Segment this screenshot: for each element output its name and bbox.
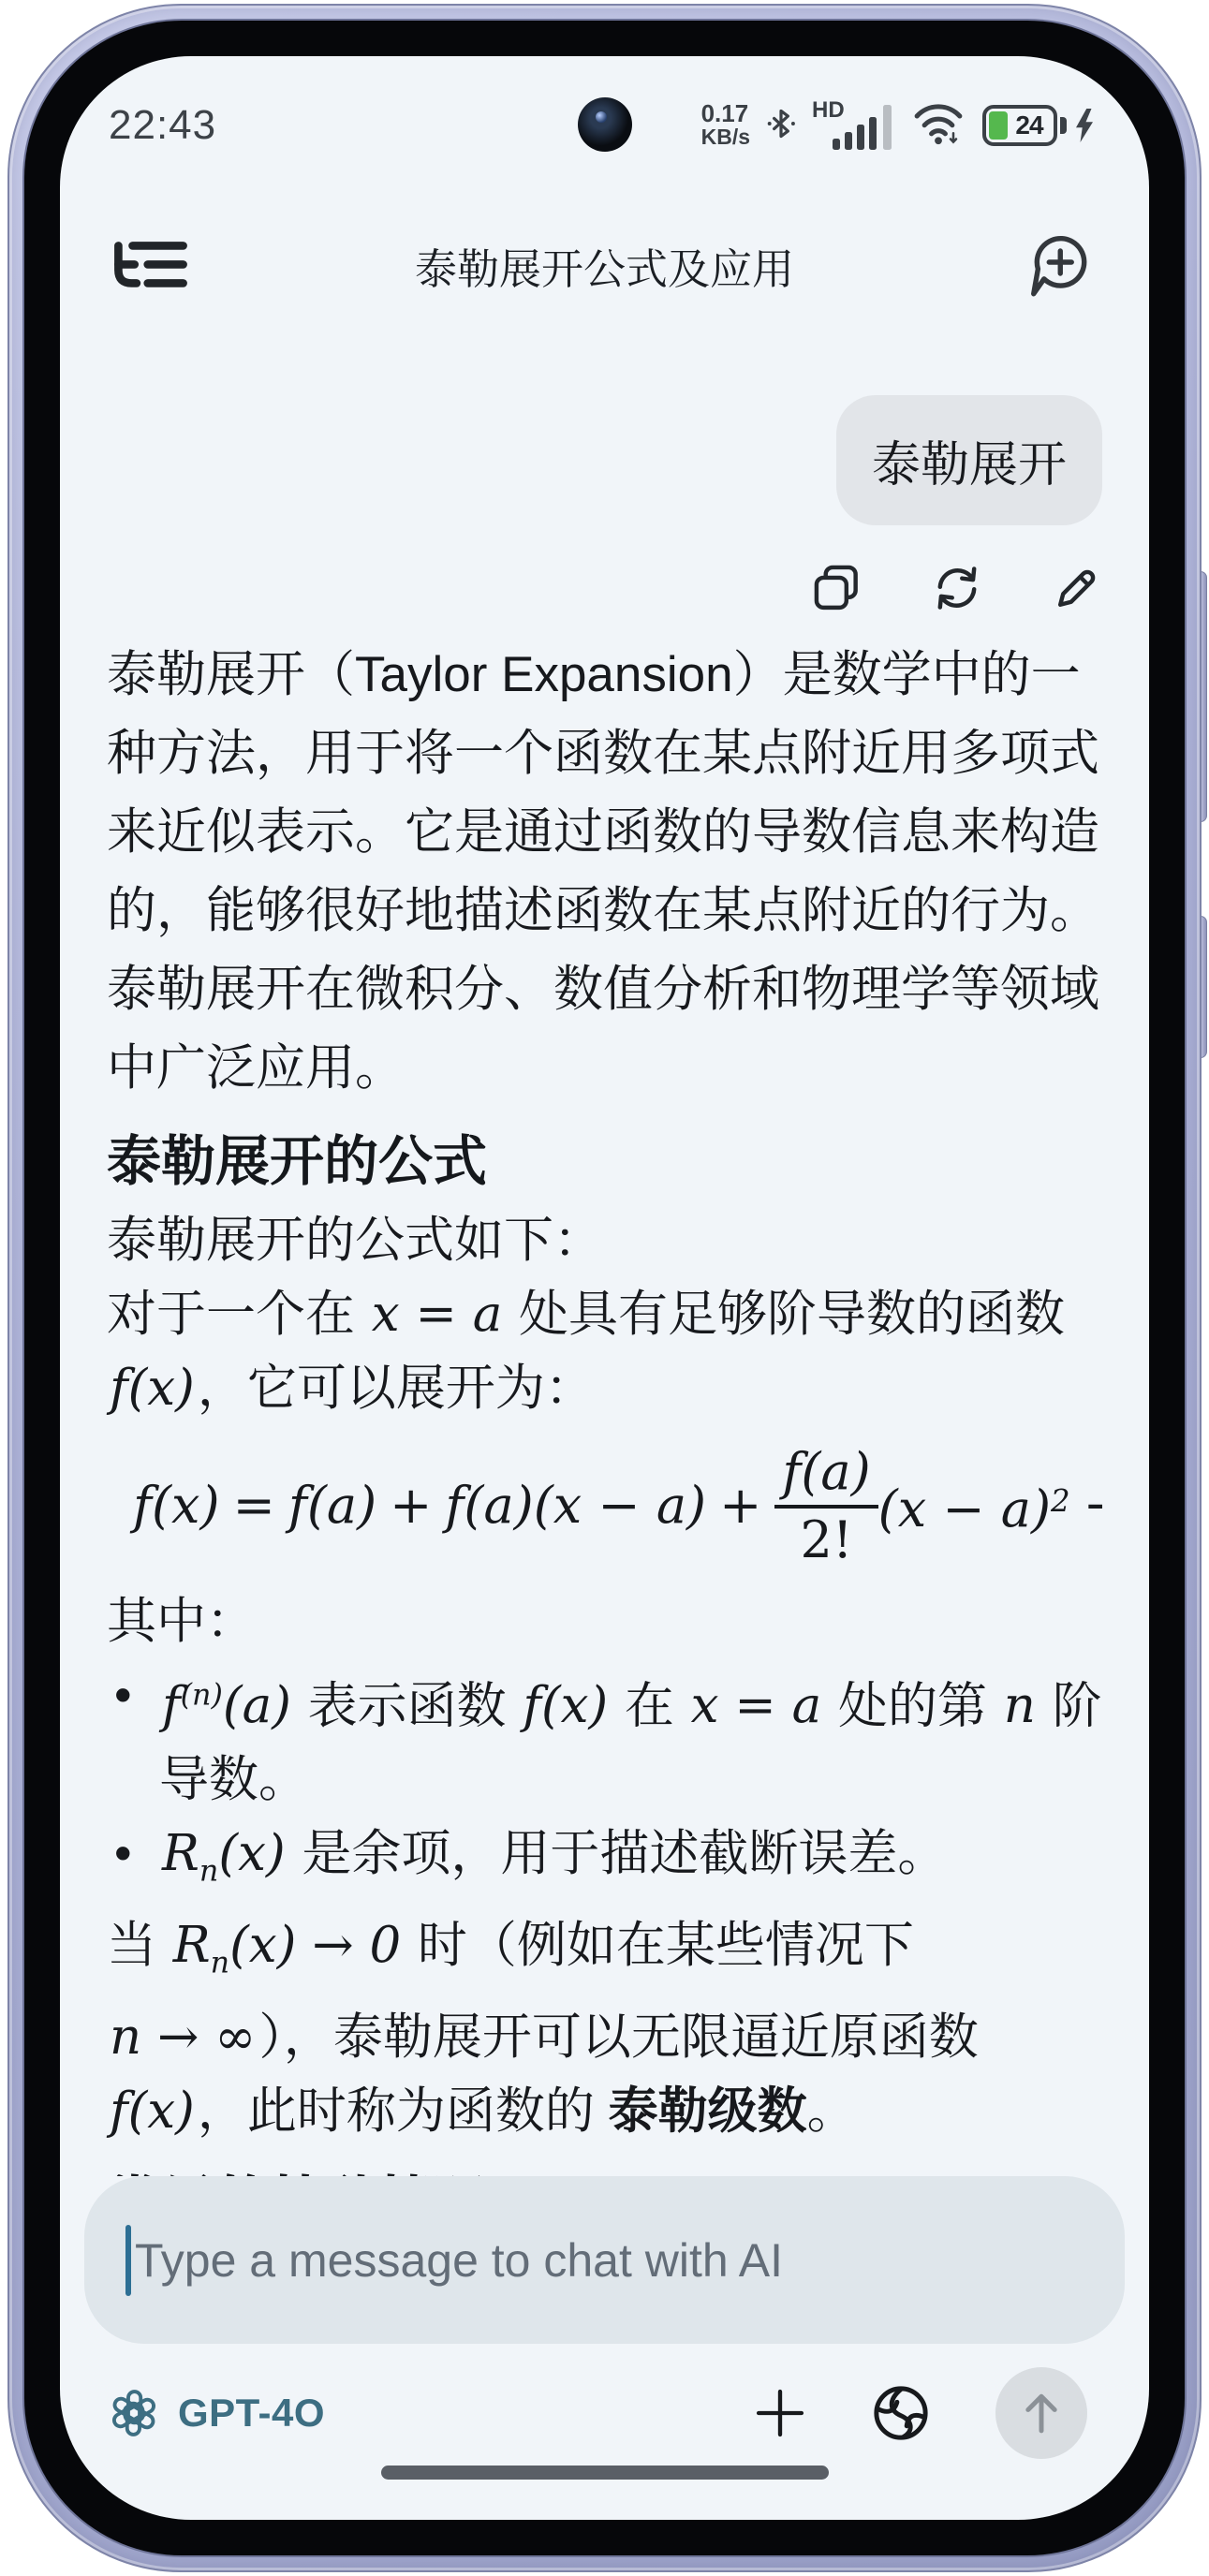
phone-mockup: 22:43 0.17 KB/s xyxy=(0,0,1209,2576)
ai-message: 泰勒展开（Taylor Expansion）是数学中的一种方法，用于将一个函数在… xyxy=(107,613,1102,2176)
new-chat-button[interactable] xyxy=(1020,232,1097,298)
user-message-bubble: 泰勒展开 xyxy=(836,395,1102,525)
math-fx: f(x) xyxy=(107,1360,198,1417)
arrow-up-icon xyxy=(1017,2389,1066,2437)
camera-punch-hole xyxy=(578,97,632,152)
list-item: f(n)(a) 表示函数 f(x) 在 x = a 处的第 n 阶导数。 xyxy=(107,1658,1102,1818)
battery-level xyxy=(989,111,1008,140)
plus-icon xyxy=(754,2387,806,2439)
clock: 22:43 xyxy=(109,102,216,149)
model-name: GPT-4O xyxy=(178,2391,325,2436)
taylor-formula: f(x) = f(a) + f(a)(x − a) + f(a) 2! (x −… xyxy=(107,1438,1102,1573)
fraction-second-order: f(a) 2! xyxy=(774,1444,877,1568)
screen: 22:43 0.17 KB/s xyxy=(60,56,1149,2520)
battery-indicator: 24 xyxy=(982,105,1097,146)
math-x-equals-a: x = a xyxy=(369,1286,506,1343)
signal-bars-icon: HD xyxy=(812,99,894,152)
copy-button[interactable] xyxy=(812,563,863,613)
conversation-list-button[interactable] xyxy=(112,232,189,298)
bluetooth-icon xyxy=(766,102,796,150)
bottom-bar: GPT-4O xyxy=(60,2361,1149,2466)
math-remainder: Rn(x) xyxy=(159,1825,288,1882)
ai-paragraph-where: 其中： xyxy=(107,1584,1102,1658)
ai-paragraph-condition: 对于一个在 x = a 处具有足够阶导数的函数 f(x)，它可以展开为： xyxy=(107,1277,1102,1425)
copy-icon xyxy=(812,563,863,613)
network-speed: 0.17 KB/s xyxy=(701,102,750,149)
page-title: 泰勒展开公式及应用 xyxy=(189,235,1020,296)
ai-paragraph-formula-intro: 泰勒展开的公式如下： xyxy=(107,1203,1102,1277)
attach-button[interactable] xyxy=(754,2387,806,2439)
input-placeholder: Type a message to chat with AI xyxy=(135,2233,783,2288)
lightning-icon xyxy=(1072,109,1097,142)
taylor-series-term: 泰勒级数 xyxy=(609,2083,807,2139)
math-fn-derivative: f(n)(a) xyxy=(159,1677,294,1734)
send-button[interactable] xyxy=(995,2367,1087,2459)
pencil-icon xyxy=(1052,563,1102,613)
status-bar: 22:43 0.17 KB/s xyxy=(60,96,1149,155)
list-item: Rn(x) 是余项，用于描述截断误差。 xyxy=(107,1817,1102,1908)
model-selector[interactable]: GPT-4O xyxy=(107,2386,325,2440)
section-heading-formula: 泰勒展开的公式 xyxy=(107,1132,1102,1192)
home-row xyxy=(60,2466,1149,2520)
text-cursor xyxy=(125,2225,131,2296)
bullet-list: f(n)(a) 表示函数 f(x) 在 x = a 处的第 n 阶导数。 Rn(… xyxy=(107,1658,1102,1908)
web-button[interactable] xyxy=(870,2382,932,2444)
chat-bubble-plus-icon xyxy=(1025,231,1092,299)
ai-paragraph-intro: 泰勒展开（Taylor Expansion）是数学中的一种方法，用于将一个函数在… xyxy=(107,636,1102,1108)
message-actions xyxy=(107,563,1102,613)
regenerate-button[interactable] xyxy=(932,563,982,613)
message-input[interactable]: Type a message to chat with AI xyxy=(84,2176,1125,2344)
conversation-list-icon xyxy=(113,240,188,290)
edit-button[interactable] xyxy=(1052,563,1102,613)
ai-paragraph-limit: 当 Rn(x) → 0 时（例如在某些情况下 n → ∞），泰勒展开可以无限逼近… xyxy=(107,1908,1102,2148)
math-n-to-infinity: n → ∞ xyxy=(107,2009,258,2066)
battery-icon: 24 xyxy=(982,105,1057,146)
wifi-icon xyxy=(910,101,966,151)
math-rn-to-zero: Rn(x) → 0 xyxy=(170,1917,404,1974)
refresh-icon xyxy=(932,563,982,613)
phone-frame: 22:43 0.17 KB/s xyxy=(7,4,1202,2572)
app-header: 泰勒展开公式及应用 xyxy=(60,225,1149,305)
openai-logo-icon xyxy=(107,2386,161,2440)
screen-bezel: 22:43 0.17 KB/s xyxy=(24,21,1185,2555)
chat-area[interactable]: 泰勒展开 xyxy=(60,305,1149,2176)
globe-icon xyxy=(870,2382,932,2444)
home-indicator[interactable] xyxy=(381,2466,829,2480)
